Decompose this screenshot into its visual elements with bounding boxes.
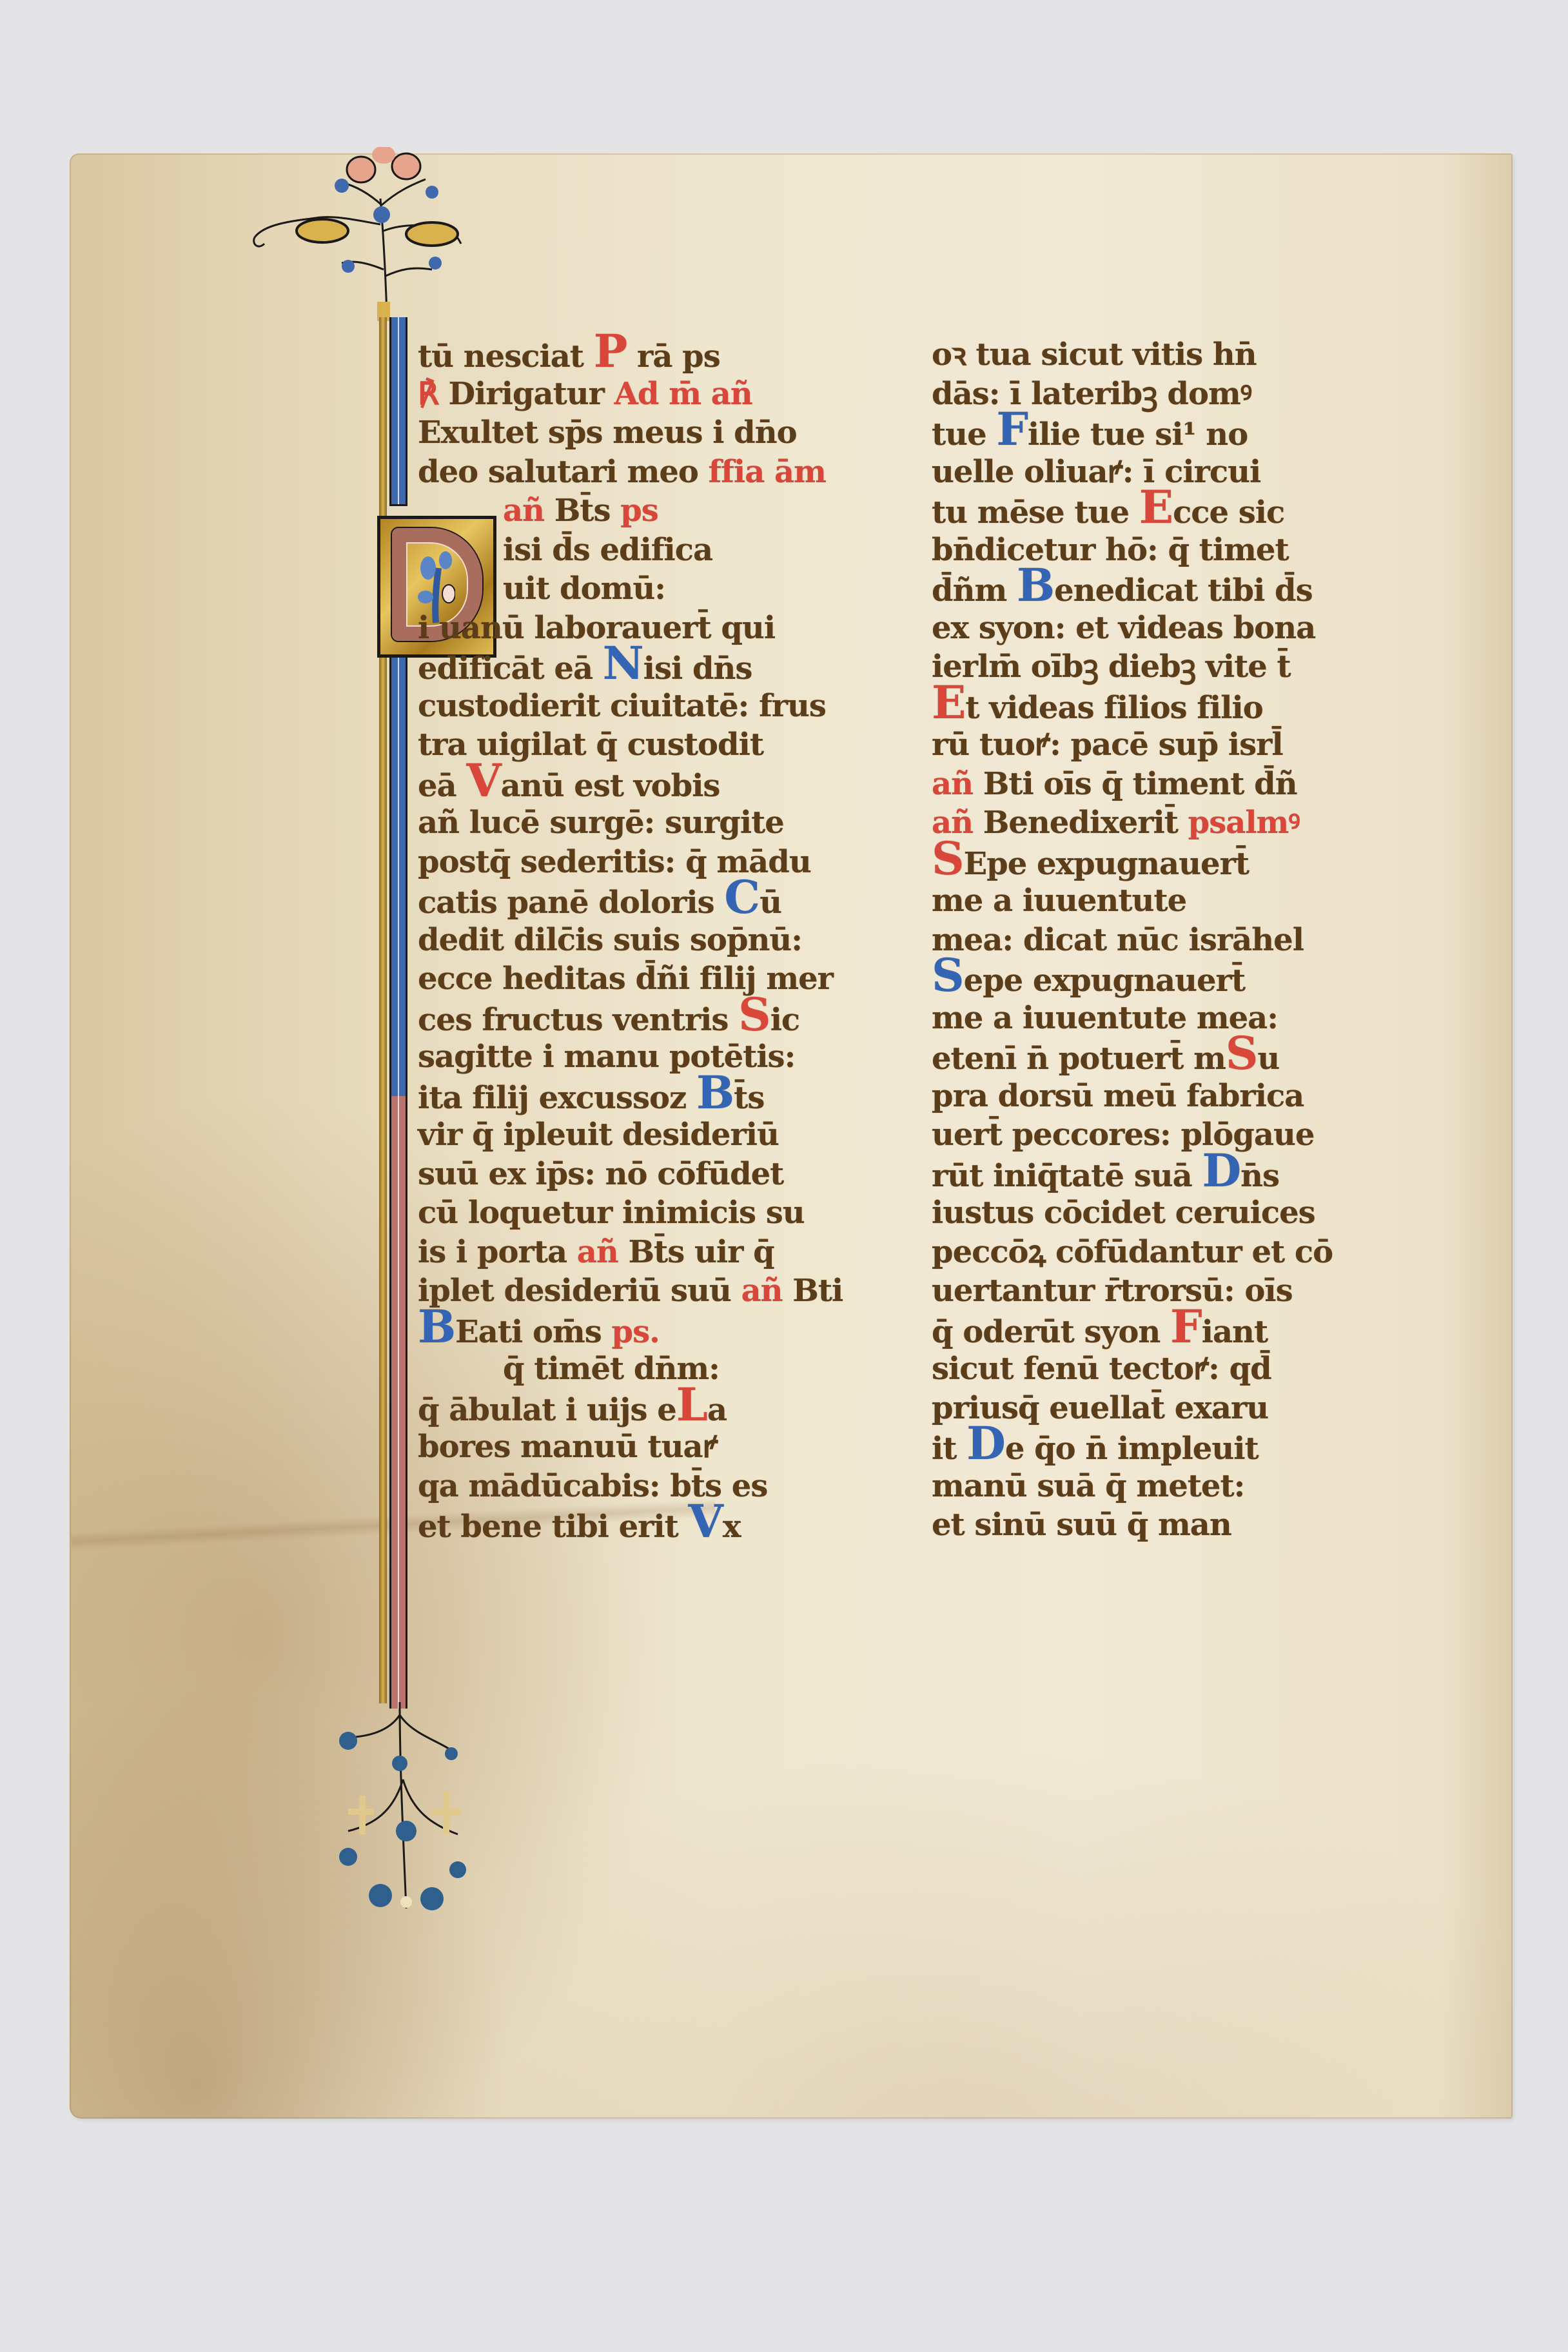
script-text: peccōꝝ cōfūdantur et cō <box>932 1234 1333 1270</box>
decorated-initial-letter: B <box>1017 558 1054 612</box>
manuscript-line: tū nesciat P rā ps <box>418 335 869 375</box>
manuscript-line: custodierit ciuitatē: frus <box>418 687 869 726</box>
manuscript-line: q̄ ābulat i uijs eLa <box>418 1389 869 1428</box>
manuscript-line: eā Vanū est vobis <box>418 765 869 804</box>
manuscript-line: ita filij excussoz Bt̄s <box>418 1077 869 1116</box>
decorated-initial-letter: C <box>724 870 759 924</box>
manuscript-line: pra dorsū meū fabrica <box>932 1077 1383 1116</box>
script-text: mea: dicat nūc isrāhel <box>932 922 1304 958</box>
script-text: ilie tue si¹ no <box>1028 416 1248 453</box>
script-text: deo salutari meo <box>418 454 709 490</box>
script-text: Bt̄s <box>544 493 620 529</box>
script-text: iustus cōcidet ceruices <box>932 1195 1315 1231</box>
decorated-initial-letter: E <box>1139 480 1173 534</box>
manuscript-line: vir q̄ ipleuit desideriū <box>418 1115 869 1155</box>
rubric-text: añ <box>577 1234 618 1270</box>
script-text: suū ex ip̄s: nō cōfūdet <box>418 1156 783 1192</box>
manuscript-line: uert̄ peccores: plōgaue <box>932 1115 1383 1155</box>
manuscript-line: peccōꝝ cōfūdantur et cō <box>932 1233 1383 1272</box>
decorated-initial-letter: F <box>1170 1300 1202 1353</box>
decorated-initial-letter: B <box>418 1300 455 1353</box>
rubric-text: añ <box>503 493 544 529</box>
script-text: isi d̄s edifica <box>503 532 712 568</box>
manuscript-line: añ Benedixerit̄ psalmꝰ <box>932 803 1383 843</box>
script-text: bores manuū tuaꝵ <box>418 1429 718 1465</box>
manuscript-line: rū tuoꝵ: pacē sup̄ isrl̄ <box>932 725 1383 765</box>
rubric-text: Ad m̄ añ <box>614 376 752 412</box>
manuscript-line: tu mēse tue Ecce sic <box>932 491 1383 531</box>
script-text: et sinū suū q̄ man <box>932 1507 1231 1543</box>
script-text: t videas filios filio <box>965 690 1262 726</box>
decorated-initial-letter: E <box>932 676 965 729</box>
script-text: ic <box>770 1002 799 1038</box>
script-text: u <box>1257 1041 1279 1077</box>
script-text: cū loquetur inimicis su <box>418 1195 805 1231</box>
manuscript-line: qa mādūcabis: bt̄s es <box>418 1467 869 1506</box>
left-text-column: tū nesciat P rā ps℟ Dirigatur Ad m̄ añEx… <box>418 335 869 1545</box>
script-text: añ lucē surgē: surgite <box>418 805 784 841</box>
script-text: sicut fenū tectoꝵ: qd̄ <box>932 1351 1271 1387</box>
script-text: rū tuoꝵ: pacē sup̄ isrl̄ <box>932 727 1283 763</box>
manuscript-line: q̄ oderūt syon Fiant <box>932 1311 1383 1350</box>
script-text: me a iuuentute <box>932 883 1186 919</box>
rubric-text: psalmꝰ <box>1188 805 1300 841</box>
bottom-floral-spray <box>309 1702 503 1934</box>
rubric-text: ffia ām <box>709 454 826 490</box>
script-text: t̄s <box>734 1080 764 1116</box>
decorated-initial-letter: S <box>932 832 964 885</box>
manuscript-line: i uanū laborauert̄ qui <box>418 609 869 648</box>
decorated-initial-letter: F <box>996 402 1028 456</box>
script-text: oꝛ tua sicut vitis hn̄ <box>932 337 1257 373</box>
script-text: ita filij excussoz <box>418 1080 696 1116</box>
manuscript-line: d̄ñm Benedicat tibi d̄s <box>932 569 1383 609</box>
script-text: tue <box>932 416 996 453</box>
script-text: bn̄dicetur hō: q̄ timet <box>932 532 1289 568</box>
decorated-initial-letter: V <box>689 1494 723 1548</box>
script-text: et bene tibi erit <box>418 1509 689 1545</box>
manuscript-line: ierlm̄ oībꝫ diebꝫ vite t̄ <box>932 647 1383 687</box>
manuscript-line: me a iuuentute <box>932 881 1383 921</box>
script-text: tū nesciat <box>418 338 594 375</box>
manuscript-line: añ Bti oīs q̄ timent d̄ñ <box>932 765 1383 804</box>
script-text: Eati om̄s <box>455 1314 611 1350</box>
decorated-initial-letter: N <box>603 636 643 690</box>
manuscript-line: et bene tibi erit Vx <box>418 1505 869 1545</box>
manuscript-line: bores manuū tuaꝵ <box>418 1427 869 1467</box>
manuscript-line: dedit dilc̄is suis sop̄nū: <box>418 921 869 960</box>
script-text: uert̄ peccores: plōgaue <box>932 1117 1314 1153</box>
manuscript-line: sagitte i manu potētis: <box>418 1037 869 1077</box>
manuscript-line: catis panē doloris Cū <box>418 881 869 921</box>
script-text: dedit dilc̄is suis sop̄nū: <box>418 922 802 958</box>
script-text: anū est vobis <box>501 768 720 804</box>
decorated-initial-letter: B <box>696 1066 734 1119</box>
script-text: sagitte i manu potētis: <box>418 1039 795 1075</box>
script-text: tu mēse tue <box>932 495 1139 531</box>
manuscript-line: Exultet sp̄s meus i dn̄o <box>418 413 869 453</box>
decorated-initial-letter: S <box>738 988 770 1041</box>
decorated-initial-letter: D <box>966 1416 1005 1470</box>
script-text: e q̄o n̄ impleuit <box>1005 1431 1259 1467</box>
script-text: Bt̄s uir q̄ <box>618 1234 774 1270</box>
manuscript-line: BEati om̄s ps. <box>418 1311 869 1350</box>
script-text: isi dn̄s <box>643 651 752 687</box>
manuscript-line: Sepe expugnauert̄ <box>932 959 1383 999</box>
script-text: etenī n̄ potuert̄ m <box>932 1041 1226 1077</box>
manuscript-line: ecce heditas d̄ñi filij mer <box>418 959 869 999</box>
script-text: is i porta <box>418 1234 577 1270</box>
script-text: Dirigatur <box>449 376 614 412</box>
script-text: ex syon: et videas bona <box>932 610 1315 646</box>
manuscript-line: iplet desideriū suū añ Bti <box>418 1271 869 1311</box>
manuscript-line: it De q̄o n̄ impleuit <box>932 1427 1383 1467</box>
rubric-text: ℟ <box>418 376 449 412</box>
manuscript-line: manū suā q̄ metet: <box>932 1467 1383 1506</box>
script-text: enedicat tibi d̄s <box>1054 573 1312 609</box>
script-text: Bti oīs q̄ timent d̄ñ <box>973 766 1297 802</box>
script-text: catis panē doloris <box>418 885 724 921</box>
script-text: cce sic <box>1173 495 1284 531</box>
script-text: Bti <box>783 1273 843 1309</box>
manuscript-line: mea: dicat nūc isrāhel <box>932 921 1383 960</box>
script-text: iant <box>1202 1314 1268 1350</box>
script-text: eā <box>418 768 466 804</box>
script-text: it <box>932 1431 966 1467</box>
decorated-initial-letter: S <box>932 948 964 1002</box>
script-text: q̄ oderūt syon <box>932 1314 1170 1350</box>
manuscript-line: cū loquetur inimicis su <box>418 1193 869 1233</box>
script-text: custodierit ciuitatē: frus <box>418 688 826 724</box>
script-text: rā ps <box>627 338 720 375</box>
script-text: a <box>707 1392 727 1428</box>
script-text: dās: ī lateribꝫ domꝰ <box>932 376 1251 412</box>
script-text: ces fructus ventris <box>418 1002 738 1038</box>
manuscript-line: is i porta añ Bt̄s uir q̄ <box>418 1233 869 1272</box>
rubric-text: añ <box>741 1273 783 1309</box>
script-text: vir q̄ ipleuit desideriū <box>418 1117 779 1153</box>
script-text: Exultet sp̄s meus i dn̄o <box>418 415 797 451</box>
decorated-initial-letter: D <box>1202 1144 1240 1197</box>
manuscript-line: SEpe expugnauert̄ <box>932 843 1383 882</box>
right-text-column: oꝛ tua sicut vitis hn̄dās: ī lateribꝫ do… <box>932 335 1383 1545</box>
script-text: ū <box>759 885 781 921</box>
manuscript-line: ces fructus ventris Sic <box>418 999 869 1038</box>
manuscript-line: rūt iniq̄tatē suā Dn̄s <box>932 1155 1383 1194</box>
manuscript-line: tue Filie tue si¹ no <box>932 413 1383 453</box>
script-text: manū suā q̄ metet: <box>932 1468 1244 1504</box>
manuscript-line: añ lucē surgē: surgite <box>418 803 869 843</box>
manuscript-line: sicut fenū tectoꝵ: qd̄ <box>932 1349 1383 1389</box>
script-text: uelle oliuaꝵ: ī circui <box>932 454 1260 490</box>
script-text: i uanū laborauert̄ qui <box>418 610 775 646</box>
manuscript-line: postq̄ sederitis: q̄ mādu <box>418 843 869 882</box>
script-text: uertantur r̄trorsū: oīs <box>932 1273 1293 1309</box>
manuscript-line: uertantur r̄trorsū: oīs <box>932 1271 1383 1311</box>
manuscript-line: me a iuuentute mea: <box>932 999 1383 1038</box>
decorated-initial-letter: V <box>466 754 500 807</box>
manuscript-line: etenī n̄ potuert̄ mSu <box>932 1037 1383 1077</box>
manuscript-line: bn̄dicetur hō: q̄ timet <box>932 531 1383 570</box>
manuscript-line: ex syon: et videas bona <box>932 609 1383 648</box>
script-text: edificāt eā <box>418 651 603 687</box>
decorated-initial-letter: S <box>1226 1026 1258 1080</box>
script-text: rūt iniq̄tatē suā <box>932 1158 1202 1194</box>
script-text: x <box>723 1509 741 1545</box>
manuscript-line: suū ex ip̄s: nō cōfūdet <box>418 1155 869 1194</box>
script-text: uit domū: <box>503 571 665 607</box>
manuscript-line: iustus cōcidet ceruices <box>932 1193 1383 1233</box>
manuscript-line: Et videas filios filio <box>932 687 1383 726</box>
script-text: ierlm̄ oībꝫ diebꝫ vite t̄ <box>932 649 1291 685</box>
script-text: epe expugnauert̄ <box>964 963 1245 999</box>
manuscript-line: edificāt eā Nisi dn̄s <box>418 647 869 687</box>
white-highlight-line <box>398 317 399 504</box>
script-text: Benedixerit̄ <box>973 805 1188 841</box>
script-text: ecce heditas d̄ñi filij mer <box>418 961 833 997</box>
manuscript-line: et sinū suū q̄ man <box>932 1505 1383 1545</box>
top-floral-spray <box>239 147 496 321</box>
rubric-text: ps <box>620 493 658 529</box>
rubric-text: ps. <box>612 1314 660 1350</box>
manuscript-line: añ Bt̄s ps <box>418 491 869 531</box>
manuscript-line: deo salutari meo ffia ām <box>418 453 869 492</box>
script-text: Epe expugnauert̄ <box>964 846 1249 882</box>
manuscript-line: oꝛ tua sicut vitis hn̄ <box>932 335 1383 375</box>
decorated-initial-letter: P <box>594 324 627 378</box>
manuscript-line: ℟ Dirigatur Ad m̄ añ <box>418 375 869 414</box>
script-text: n̄s <box>1240 1158 1279 1194</box>
script-text: pra dorsū meū fabrica <box>932 1078 1304 1114</box>
script-text: iplet desideriū suū <box>418 1273 741 1309</box>
white-highlight-line <box>398 651 399 1709</box>
rubric-text: añ <box>932 766 973 802</box>
script-text: q̄ ābulat i uijs e <box>418 1392 676 1428</box>
manuscript-line: isi d̄s edifica <box>418 531 869 570</box>
decorated-initial-letter: L <box>676 1378 707 1431</box>
manuscript-line: uit domū: <box>418 569 869 609</box>
manuscript-line: q̄ timēt dn̄m: <box>418 1349 869 1389</box>
script-text: d̄ñm <box>932 573 1017 609</box>
